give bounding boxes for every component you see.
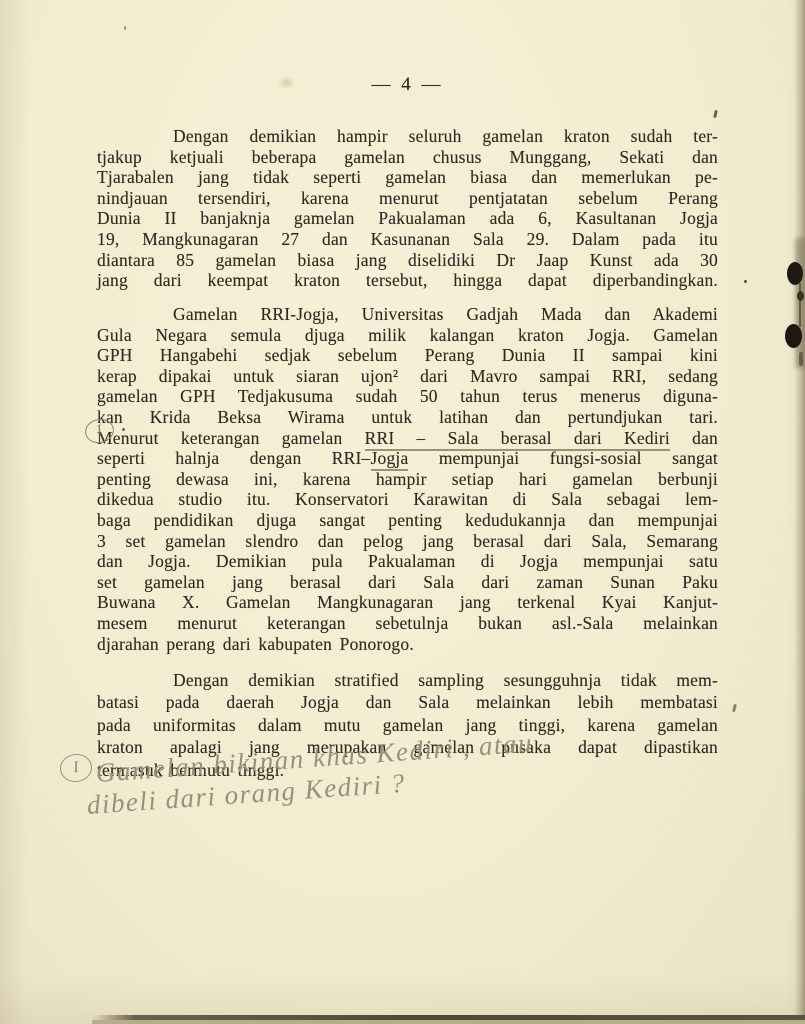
paper-speck xyxy=(124,26,126,30)
paragraph-2: Gamelan RRI-Jogja, Universitas Gadjah Ma… xyxy=(97,304,718,654)
text-line: tjakup ketjuali beberapa gamelan chusus … xyxy=(97,147,718,168)
text-line: Tjarabalen jang tidak seperti gamelan bi… xyxy=(97,167,718,188)
text-line: Buwana X. Gamelan Mangkunagaran jang ter… xyxy=(97,592,718,613)
text-line: dikedua studio itu. Konservatori Karawit… xyxy=(97,489,718,510)
text-line: diantara 85 gamelan biasa jang diselidik… xyxy=(97,250,718,271)
scanned-page: — 4 — Dengan demikian hampir seluruh gam… xyxy=(0,0,805,1024)
text-line: Dunia II banjaknja gamelan Pakualaman ad… xyxy=(97,208,718,229)
edge-ink-blob xyxy=(785,324,802,348)
text-line: pada uniformitas dalam mutu gamelan jang… xyxy=(97,714,718,736)
stray-ink-dot xyxy=(744,280,747,283)
text-line: jang dari keempat kraton tersebut, hingg… xyxy=(97,270,718,291)
text-line: Dengan demikian stratified sampling sesu… xyxy=(97,669,718,691)
text-segment: seperti halnja dengan RRI– xyxy=(97,448,371,468)
text-line: GPH Hangabehi sedjak sebelum Perang Duni… xyxy=(97,345,718,366)
text-segment: mempunjai fungsi-sosial sangat xyxy=(408,448,718,468)
text-line-with-pencil-underline: Menurut keterangan gamelan RRI – Sala be… xyxy=(97,428,718,449)
text-line: Gula Negara semula djuga milik kalangan … xyxy=(97,325,718,346)
page-edge-shadow xyxy=(794,0,805,1024)
stray-ink-mark xyxy=(713,110,718,118)
stray-pencil-mark xyxy=(732,704,737,712)
edge-ink-line xyxy=(799,283,801,327)
text-segment: Menurut keterangan gamelan xyxy=(97,428,365,448)
circled-numeral-annotation: I xyxy=(58,752,94,784)
text-line-with-pencil-underline: seperti halnja dengan RRI–Jogja mempunja… xyxy=(97,448,718,469)
text-line: djarahan perang dari kabupaten Ponorogo. xyxy=(97,634,718,655)
text-line: penting dewasa ini, karena hampir setiap… xyxy=(97,469,718,490)
pencil-dot xyxy=(122,428,125,431)
text-line: Dengan demikian hampir seluruh gamelan k… xyxy=(97,126,718,147)
text-line: gamelan GPH Tedjakusuma sudah 50 tahun t… xyxy=(97,386,718,407)
text-line: baga pendidikan djuga sangat penting ked… xyxy=(97,510,718,531)
text-line: mesem menurut keterangan sebetulnja buka… xyxy=(97,613,718,634)
text-line: 19, Mangkunagaran 27 dan Kasunanan Sala … xyxy=(97,229,718,250)
edge-ink-blob xyxy=(787,262,803,285)
paper-smudge xyxy=(278,76,295,89)
pencil-underlined-text: RRI – Sala berasal dari Kediri xyxy=(365,428,670,451)
pencil-underlined-text: Jogja xyxy=(371,448,409,471)
edge-ink-tail xyxy=(799,352,803,366)
text-line: set gamelan jang berasal dari Sala dari … xyxy=(97,572,718,593)
text-line: kan Krida Beksa Wirama untuk latihan dan… xyxy=(97,407,718,428)
text-segment: dan xyxy=(670,428,718,448)
bottom-page-edge xyxy=(92,1020,805,1024)
text-line: Gamelan RRI-Jogja, Universitas Gadjah Ma… xyxy=(97,304,718,325)
paragraph-1: Dengan demikian hampir seluruh gamelan k… xyxy=(97,126,718,291)
text-line: nindjauan tersendiri, karena menurut pen… xyxy=(97,188,718,209)
text-line: kerap dipakai untuk siaran ujon² dari Ma… xyxy=(97,366,718,387)
page-number: — 4 — xyxy=(97,74,718,96)
text-line: batasi pada daerah Jogja dan Sala melain… xyxy=(97,691,718,713)
text-line: 3 set gamelan slendro dan pelog jang ber… xyxy=(97,531,718,552)
edge-ink-nub xyxy=(797,291,804,301)
text-line: dan Jogja. Demikian pula Pakualaman di J… xyxy=(97,551,718,572)
